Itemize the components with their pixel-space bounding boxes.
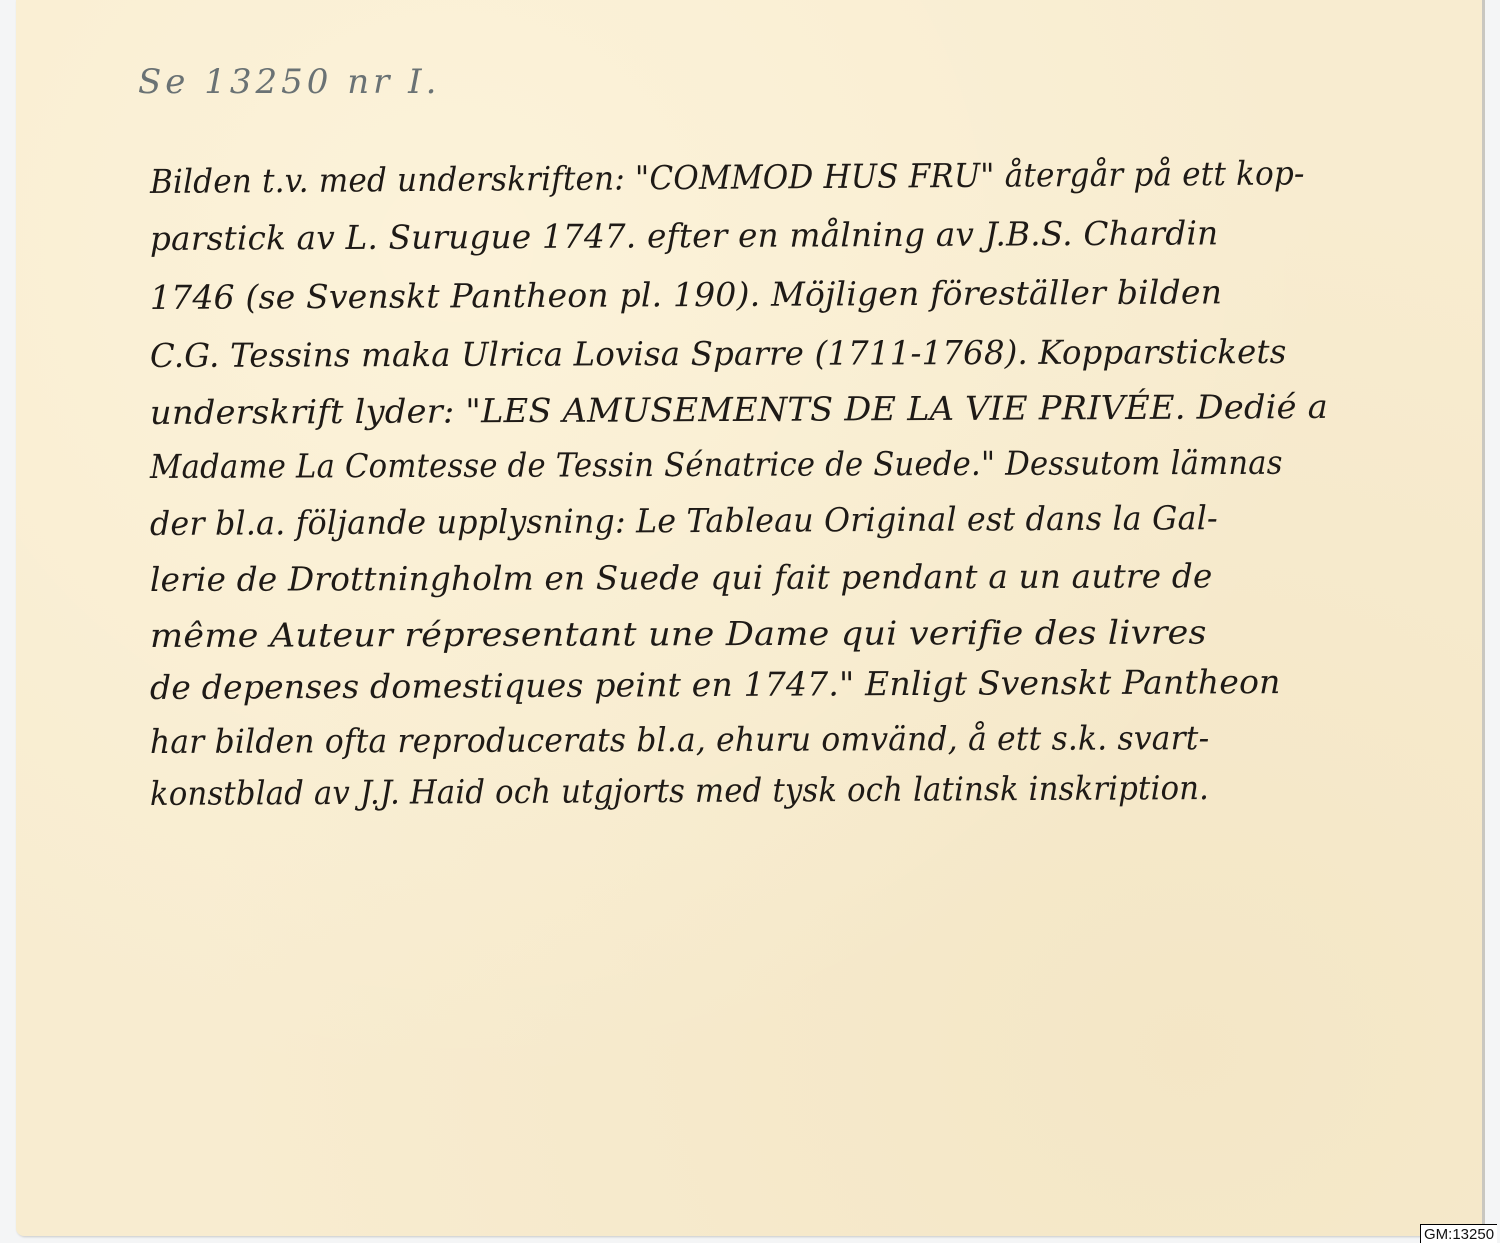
handwritten-line-6: Madame La Comtesse de Tessin Sénatrice d… [150, 443, 1283, 486]
handwritten-line-10: de depenses domestiques peint en 1747." … [150, 662, 1281, 707]
handwritten-line-7: der bl.a. följande upplysning: Le Tablea… [150, 498, 1218, 543]
handwritten-line-3: 1746 (se Svenskt Pantheon pl. 190). Möjl… [150, 272, 1222, 317]
archive-id-label: GM:13250 [1420, 1224, 1497, 1243]
scanned-document: Se 13250 nr I. Bilden t.v. med underskri… [0, 0, 1500, 1243]
paper-edge [1482, 0, 1485, 1236]
handwritten-line-2: parstick av L. Surugue 1747. efter en må… [150, 213, 1219, 258]
handwritten-line-8: lerie de Drottningholm en Suede qui fait… [150, 556, 1213, 599]
handwritten-line-9: même Auteur répresentant une Dame qui ve… [150, 613, 1207, 655]
handwritten-line-4: C.G. Tessins maka Ulrica Lovisa Sparre (… [150, 332, 1287, 375]
handwritten-line-12: konstblad av J.J. Haid och utgjorts med … [150, 768, 1209, 813]
handwritten-line-5: underskrift lyder: "LES AMUSEMENTS DE LA… [150, 387, 1328, 432]
pencil-reference-note: Se 13250 nr I. [138, 62, 440, 102]
handwritten-line-11: har bilden ofta reproducerats bl.a, ehur… [150, 718, 1209, 761]
